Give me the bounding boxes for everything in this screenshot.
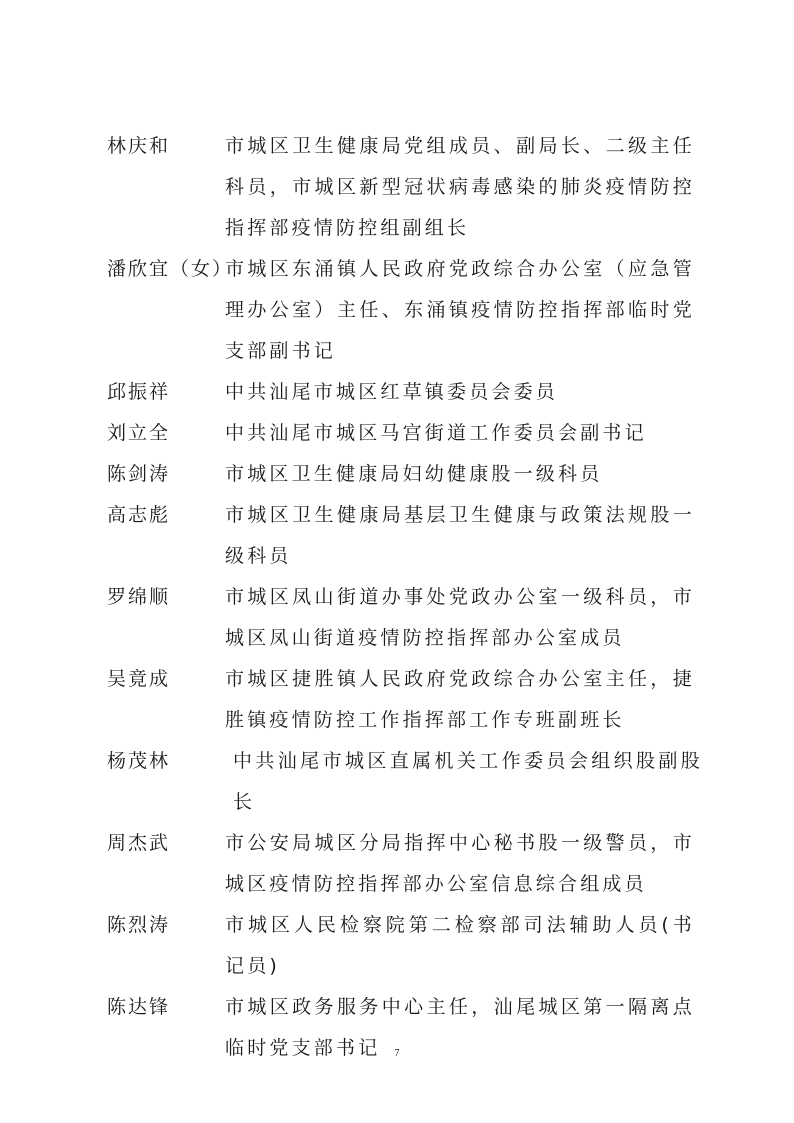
list-item: 周杰武 市公安局城区分局指挥中心秘书股一级警员，市城区疫情防控指挥部办公室信息综… [107, 823, 707, 905]
person-position: 中共汕尾市城区直属机关工作委员会组织股副股长 [233, 741, 703, 823]
list-item: 吴竟成 市城区捷胜镇人民政府党政综合办公室主任，捷胜镇疫情防控工作指挥部工作专班… [107, 659, 707, 741]
person-name: 杨茂林 [107, 741, 170, 781]
person-name: 周杰武 [107, 823, 170, 863]
person-name: 陈达锋 [107, 987, 170, 1027]
list-item: 刘立全 中共汕尾市城区马宫街道工作委员会副书记 [107, 413, 707, 454]
person-name: 高志彪 [107, 495, 170, 535]
person-position: 市城区东涌镇人民政府党政综合办公室（应急管理办公室）主任、东涌镇疫情防控指挥部临… [225, 249, 695, 372]
person-name: 刘立全 [107, 413, 170, 453]
person-name: 陈烈涛 [107, 905, 170, 945]
person-position: 中共汕尾市城区马宫街道工作委员会副书记 [225, 413, 695, 454]
person-position: 市城区卫生健康局党组成员、副局长、二级主任科员，市城区新型冠状病毒感染的肺炎疫情… [225, 126, 695, 249]
list-item: 高志彪 市城区卫生健康局基层卫生健康与政策法规股一级科员 [107, 495, 707, 577]
list-item: 潘欣宜（女） 市城区东涌镇人民政府党政综合办公室（应急管理办公室）主任、东涌镇疫… [107, 249, 707, 372]
person-name: 陈剑涛 [107, 454, 170, 494]
person-name: 邱振祥 [107, 372, 170, 412]
person-position: 市城区卫生健康局妇幼健康股一级科员 [225, 454, 695, 495]
list-item: 陈烈涛 市城区人民检察院第二检察部司法辅助人员(书记员) [107, 905, 707, 987]
page-number: 7 [0, 1048, 794, 1059]
document-page: 林庆和 市城区卫生健康局党组成员、副局长、二级主任科员，市城区新型冠状病毒感染的… [0, 0, 794, 1123]
person-name: 林庆和 [107, 126, 170, 166]
person-name: 吴竟成 [107, 659, 170, 699]
person-name: 潘欣宜（女） [107, 249, 233, 289]
personnel-list: 林庆和 市城区卫生健康局党组成员、副局长、二级主任科员，市城区新型冠状病毒感染的… [107, 126, 707, 1069]
list-item: 杨茂林 中共汕尾市城区直属机关工作委员会组织股副股长 [107, 741, 707, 823]
person-position: 市公安局城区分局指挥中心秘书股一级警员，市城区疫情防控指挥部办公室信息综合组成员 [225, 823, 695, 905]
list-item: 邱振祥 中共汕尾市城区红草镇委员会委员 [107, 372, 707, 413]
list-item: 林庆和 市城区卫生健康局党组成员、副局长、二级主任科员，市城区新型冠状病毒感染的… [107, 126, 707, 249]
list-item: 陈剑涛 市城区卫生健康局妇幼健康股一级科员 [107, 454, 707, 495]
person-position: 中共汕尾市城区红草镇委员会委员 [225, 372, 695, 413]
person-position: 市城区凤山街道办事处党政办公室一级科员，市城区凤山街道疫情防控指挥部办公室成员 [225, 577, 695, 659]
person-position: 市城区卫生健康局基层卫生健康与政策法规股一级科员 [225, 495, 695, 577]
person-position: 市城区人民检察院第二检察部司法辅助人员(书记员) [225, 905, 695, 987]
person-name: 罗绵顺 [107, 577, 170, 617]
list-item: 罗绵顺 市城区凤山街道办事处党政办公室一级科员，市城区凤山街道疫情防控指挥部办公… [107, 577, 707, 659]
person-position: 市城区捷胜镇人民政府党政综合办公室主任，捷胜镇疫情防控工作指挥部工作专班副班长 [225, 659, 695, 741]
